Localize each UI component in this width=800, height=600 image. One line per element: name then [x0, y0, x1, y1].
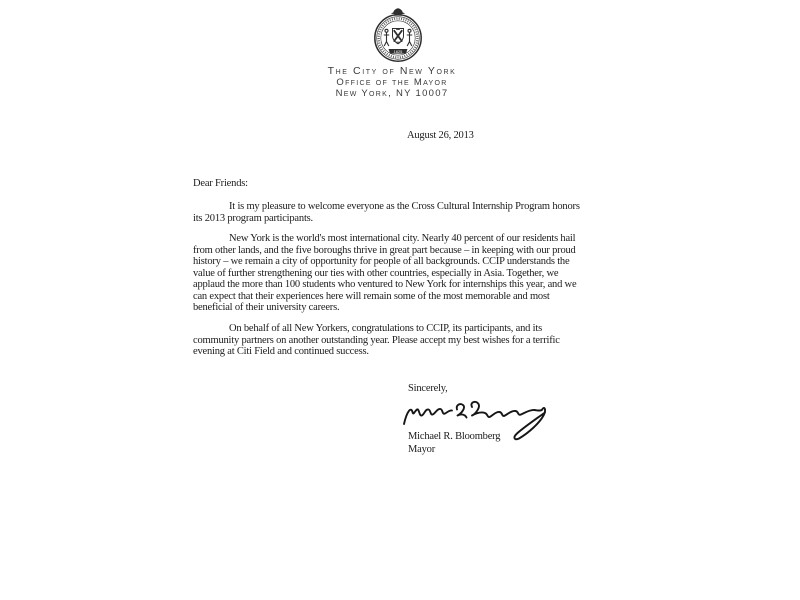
signatory-name: Michael R. Bloomberg: [408, 431, 500, 443]
letter-date: August 26, 2013: [407, 130, 474, 142]
letterhead-office: Office of the Mayor: [242, 77, 542, 88]
letterhead-address: New York, NY 10007: [242, 88, 542, 99]
salutation: Dear Friends:: [193, 178, 248, 190]
signature-stroke-middle-initial: [457, 404, 467, 417]
signatory-title: Mayor: [408, 444, 435, 456]
letter-page: 1625 The City of New York Office of the …: [0, 0, 800, 600]
signature-stroke-first-name: [404, 409, 452, 424]
letterhead-org-name: The City of New York: [242, 66, 542, 77]
closing: Sincerely,: [408, 383, 448, 395]
body-paragraph-3: On behalf of all New Yorkers, congratula…: [193, 323, 648, 358]
nyc-city-seal-icon: 1625: [369, 7, 427, 62]
seal-left-figure: [384, 29, 389, 46]
seal-year: 1625: [394, 49, 403, 54]
seal-right-figure: [407, 29, 412, 46]
body-paragraph-2: New York is the world's most internation…: [193, 233, 648, 314]
body-paragraph-1: It is my pleasure to welcome everyone as…: [193, 201, 648, 224]
letterhead: The City of New York Office of the Mayor…: [242, 66, 542, 100]
